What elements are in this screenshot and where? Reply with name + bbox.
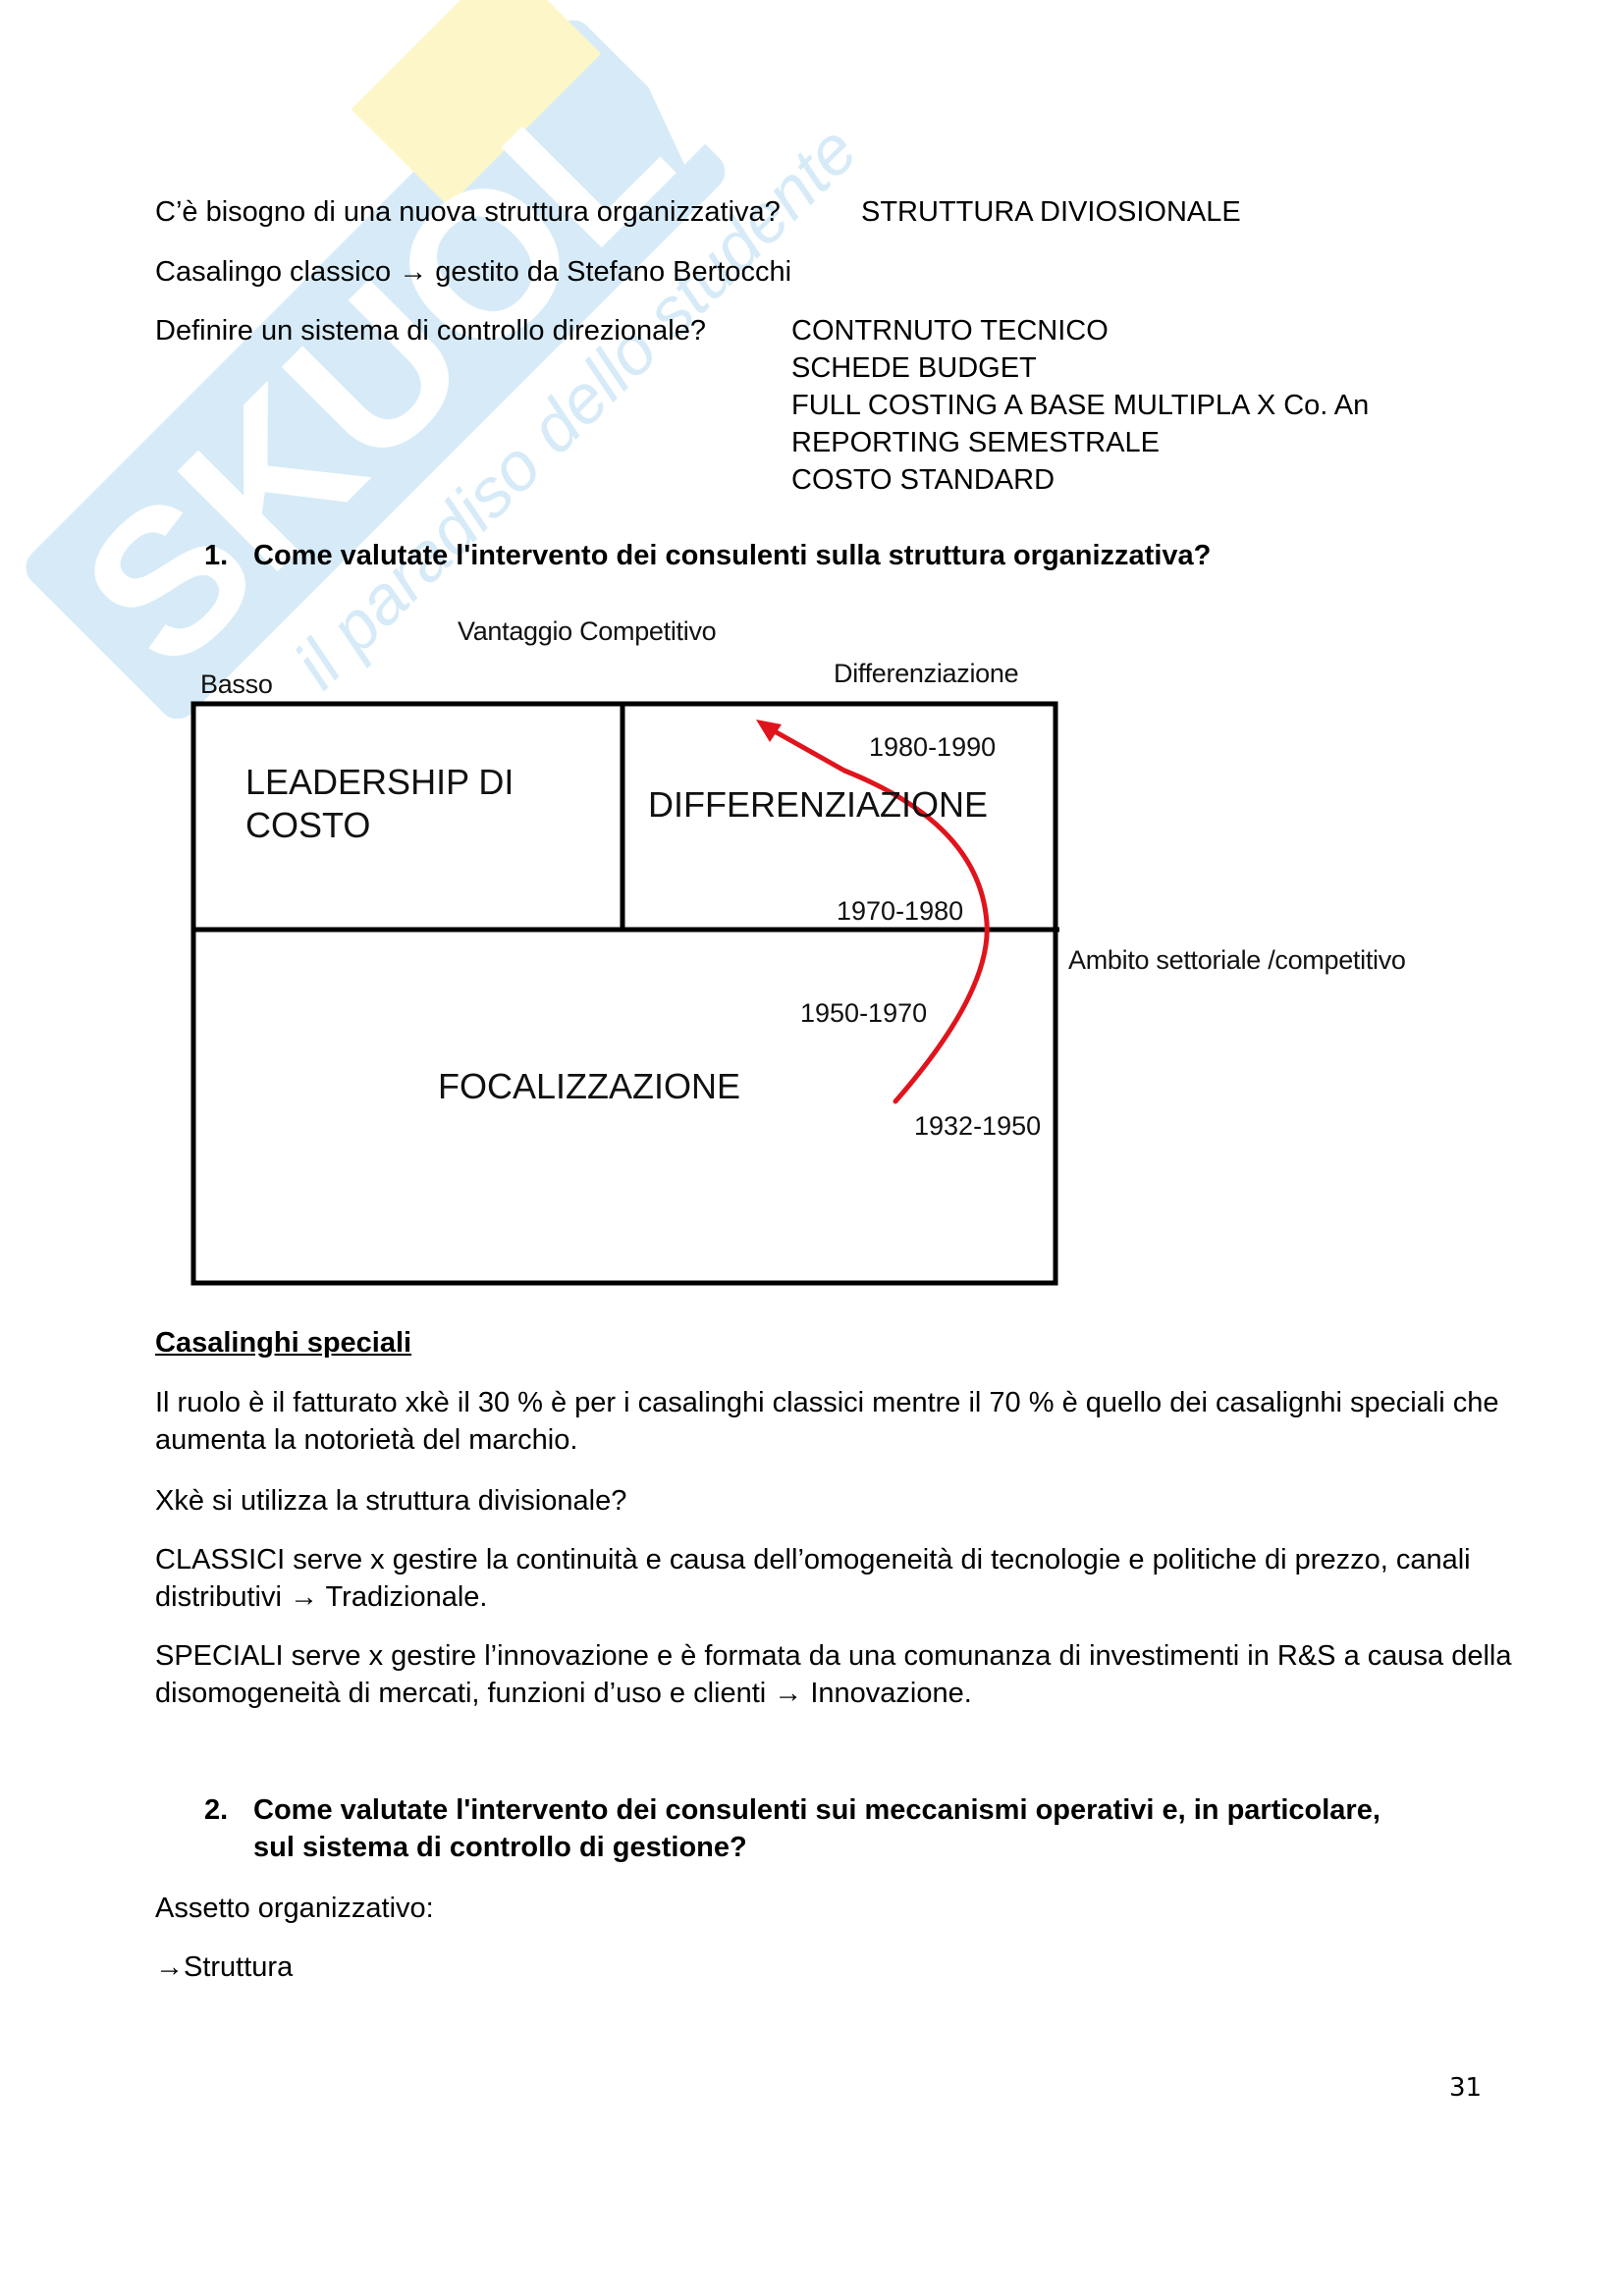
quadrant-differentiation: DIFFERENZIAZIONE [648,783,988,827]
question-2-line2: sul sistema di controllo di gestione? [253,1829,747,1866]
quadrant-cost-leadership-line2: COSTO [245,804,514,847]
period-label: 1980-1990 [869,732,996,763]
period-label: 1970-1980 [837,896,963,927]
paragraph: SPECIALI serve x gestire l’innovazione e… [155,1637,1530,1712]
quadrant-focus: FOCALIZZAZIONE [438,1065,740,1108]
quadrant-cost-leadership: LEADERSHIP DI COSTO [245,761,514,847]
quadrant-cost-leadership-line1: LEADERSHIP DI [245,761,514,804]
page-number: 31 [1449,2073,1482,2103]
period-label: 1950-1970 [800,998,927,1029]
question-2-number: 2. [204,1791,253,1829]
question-2-line1: Come valutate l'intervento dei consulent… [253,1794,1380,1826]
section-title: Casalinghi speciali [155,1327,411,1360]
assetto-label: Assetto organizzativo: [155,1890,434,1927]
question-2: 2.Come valutate l'intervento dei consule… [204,1791,1380,1829]
period-label: 1932-1950 [914,1111,1041,1142]
struttura-item: →Struttura [155,1949,293,1986]
paragraph: CLASSICI serve x gestire la continuità e… [155,1541,1530,1616]
paragraph: Il ruolo è il fatturato xkè il 30 % è pe… [155,1384,1530,1459]
paragraph: Xkè si utilizza la struttura divisionale… [155,1482,1530,1520]
